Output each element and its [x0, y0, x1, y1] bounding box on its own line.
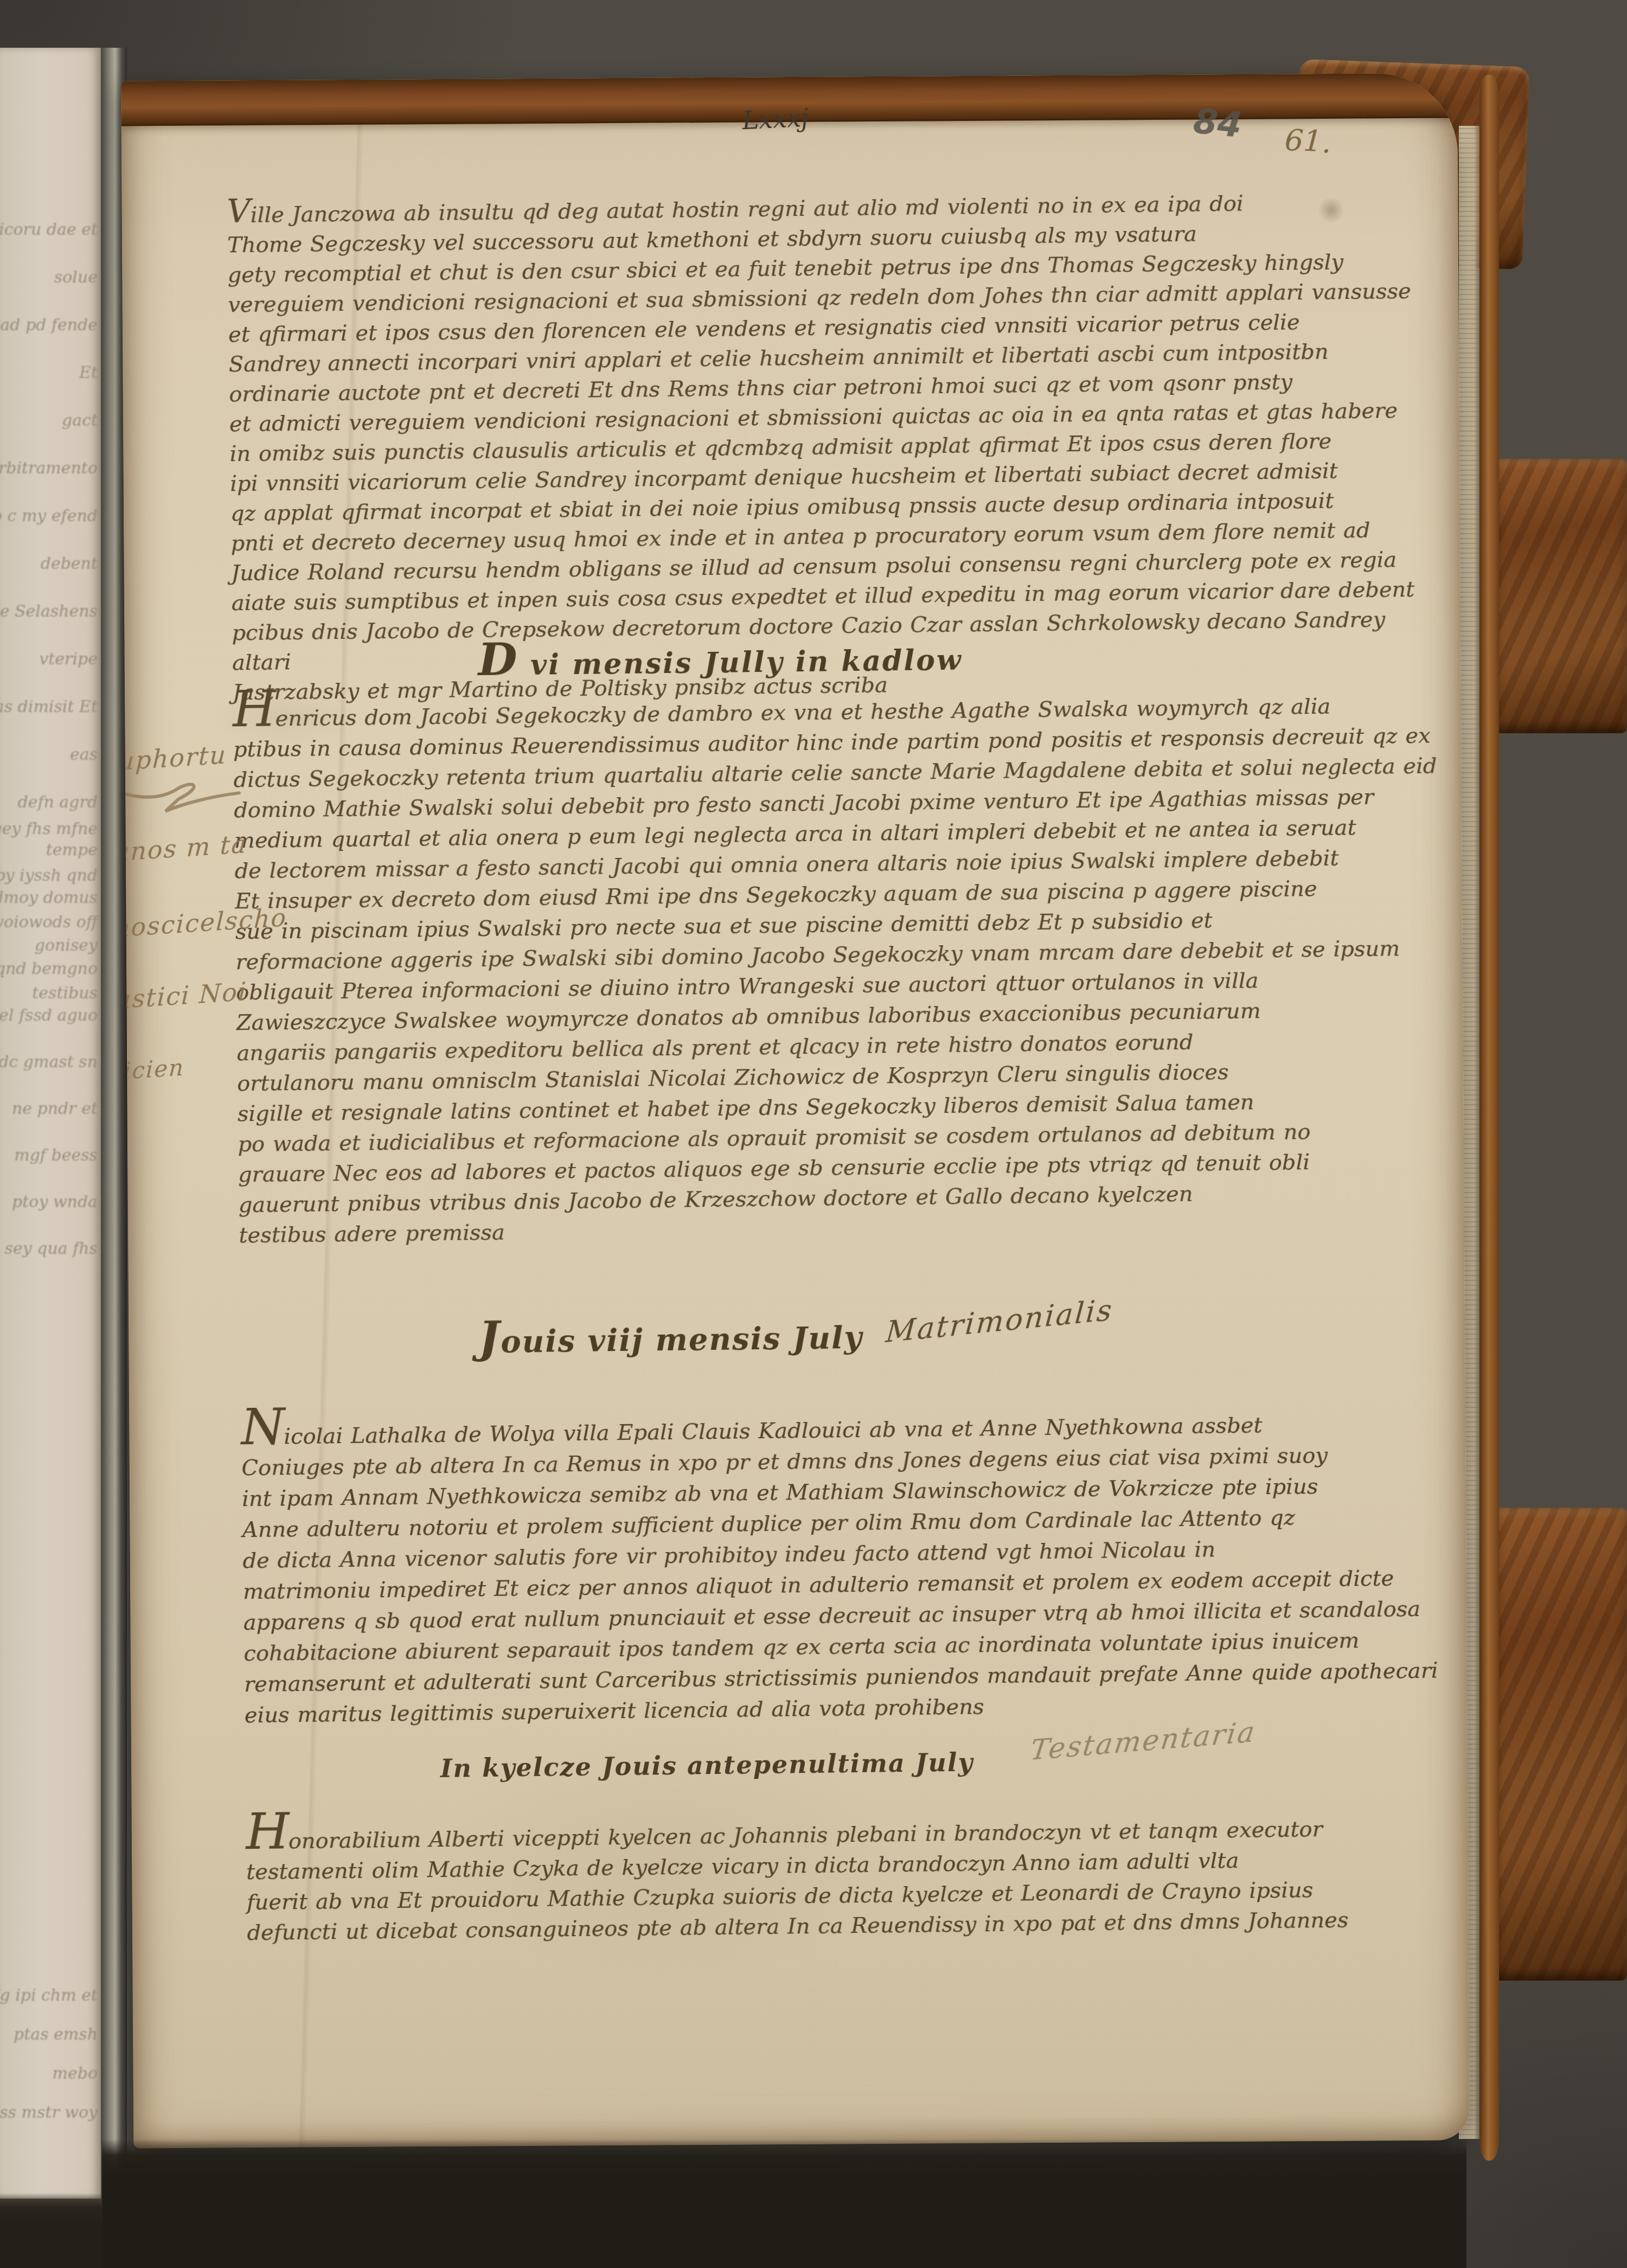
manuscript-page: Lxxxj 84 61. Ville Janczowa ab insultu q…: [121, 73, 1470, 2148]
facing-page-bottom-shadow: [0, 2193, 103, 2268]
manuscript-photo: bricoru dae et solue gmad pd fende Et ga…: [0, 0, 1627, 2268]
facing-page-edge: bricoru dae et solue gmad pd fende Et ga…: [0, 48, 102, 2199]
marginal-note-lastici: lastici Noi: [121, 977, 248, 1015]
folio-number-roman: Lxxxj: [741, 103, 809, 136]
page-text-layer: Lxxxj 84 61. Ville Janczowa ab insultu q…: [121, 73, 1470, 2148]
entry-3-body: Nicolai Lathalka de Wolya villa Epali Cl…: [241, 1396, 1454, 1731]
cover-edge-strip: [1479, 75, 1499, 2161]
page-bottom-shadow: [102, 2139, 1466, 2268]
entry-2-heading: D vi mensis Jully in kadlow: [406, 637, 1035, 683]
marginal-flourish-line: [121, 781, 244, 821]
entry-4-heading: In kyelcze Jouis antepenultima July: [440, 1747, 974, 1783]
marginal-note-nicien: nicien: [121, 1054, 185, 1086]
marginal-note-suphortu: suphortu: [121, 740, 227, 777]
marginal-note-lanos: lanos m ta: [121, 829, 248, 868]
folio-number-pencil: 84: [1192, 101, 1244, 146]
entry-1-body: Ville Janczowa ab insultu qd deg autat h…: [227, 184, 1442, 708]
facing-page-text-mid: gey fhs mfne sapy iyssh qnd woiowods off…: [0, 806, 98, 1272]
entry-3-category: Matrimonialis: [885, 1292, 1114, 1349]
clasp-strap-upper: [1490, 459, 1627, 733]
entry-4-category: Testamentaria: [1028, 1715, 1258, 1767]
folio-number-ink: 61.: [1284, 123, 1332, 160]
entry-2-body: Henricus dom Jacobi Segekoczky de dambro…: [233, 678, 1449, 1251]
entry-3-heading: Jouis viij mensis July: [478, 1318, 863, 1360]
clasp-strap-lower: [1490, 1508, 1627, 1981]
entry-4-body: Honorabilium Alberti viceppti kyelcen ac…: [246, 1801, 1457, 1948]
facing-page-text-bottom: Jg ipi chm et ptas emsh mebo gss mstr wo…: [0, 1976, 98, 2132]
